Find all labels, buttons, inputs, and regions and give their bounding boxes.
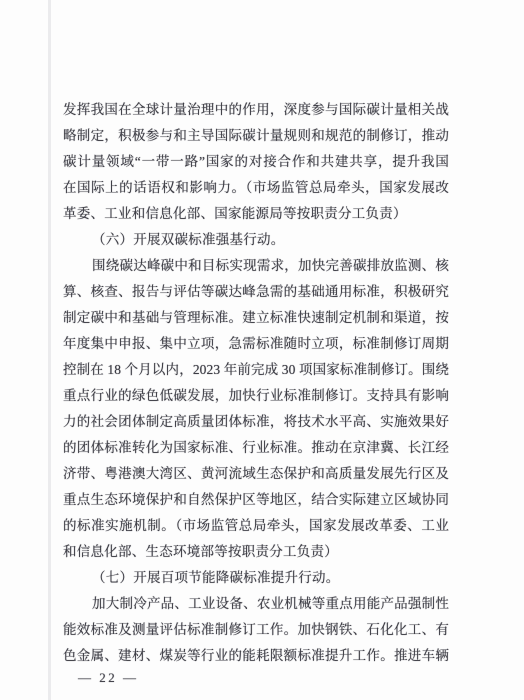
page-number: — 22 — — [78, 668, 139, 688]
text-line: 色金属、建材、煤炭等行业的能耗限额标准提升工作。推进车辆 — [63, 643, 449, 669]
text-line: 力的社会团体制定高质量团体标准，将技术水平高、实施效果好 — [63, 409, 449, 435]
text-line: 算、核查、报告与评估等碳达峰急需的基础通用标准，积极研究 — [63, 279, 449, 305]
text-line: 的标准实施机制。（市场监管总局牵头，国家发展改革委、工业 — [63, 513, 449, 539]
text-line: 年度集中申报、集中立项，急需标准随时立项，标准制修订周期 — [63, 331, 449, 357]
text-line: 重点生态环境保护和自然保护区等地区，结合实际建立区域协同 — [63, 487, 449, 513]
text-line: 控制在 18 个月以内，2023 年前完成 30 项国家标准制修订。围绕 — [63, 357, 449, 383]
document-text-block: 发挥我国在全球计量治理中的作用，深度参与国际碳计量相关战略制定，积极参与和主导国… — [63, 97, 449, 669]
text-line: （六）开展双碳标准强基行动。 — [63, 227, 449, 253]
text-line: 制定碳中和基础与管理标准。建立标准快速制定机制和渠道，按 — [63, 305, 449, 331]
text-line: 和信息化部、生态环境部等按职责分工负责） — [63, 539, 449, 565]
text-line: 发挥我国在全球计量治理中的作用，深度参与国际碳计量相关战 — [63, 97, 449, 123]
document-page: 发挥我国在全球计量治理中的作用，深度参与国际碳计量相关战略制定，积极参与和主导国… — [0, 0, 524, 700]
text-line: 加大制冷产品、工业设备、农业机械等重点用能产品强制性 — [63, 591, 449, 617]
text-line: 略制定，积极参与和主导国际碳计量规则和规范的制修订，推动 — [63, 123, 449, 149]
scan-streak — [48, 0, 51, 700]
text-line: 重点行业的绿色低碳发展，加快行业标准制修订。支持具有影响 — [63, 383, 449, 409]
text-line: 围绕碳达峰碳中和目标实现需求，加快完善碳排放监测、核 — [63, 253, 449, 279]
text-line: 在国际上的话语权和影响力。（市场监管总局牵头，国家发展改 — [63, 175, 449, 201]
text-line: 能效标准及测量评估标准制修订工作。加快钢铁、石化化工、有 — [63, 617, 449, 643]
text-line: 革委、工业和信息化部、国家能源局等按职责分工负责） — [63, 201, 449, 227]
text-line: 碳计量领域“一带一路”国家的对接合作和共建共享，提升我国 — [63, 149, 449, 175]
text-line: （七）开展百项节能降碳标准提升行动。 — [63, 565, 449, 591]
text-line: 济带、粤港澳大湾区、黄河流域生态保护和高质量发展先行区及 — [63, 461, 449, 487]
text-line: 的团体标准转化为国家标准、行业标准。推动在京津冀、长江经 — [63, 435, 449, 461]
